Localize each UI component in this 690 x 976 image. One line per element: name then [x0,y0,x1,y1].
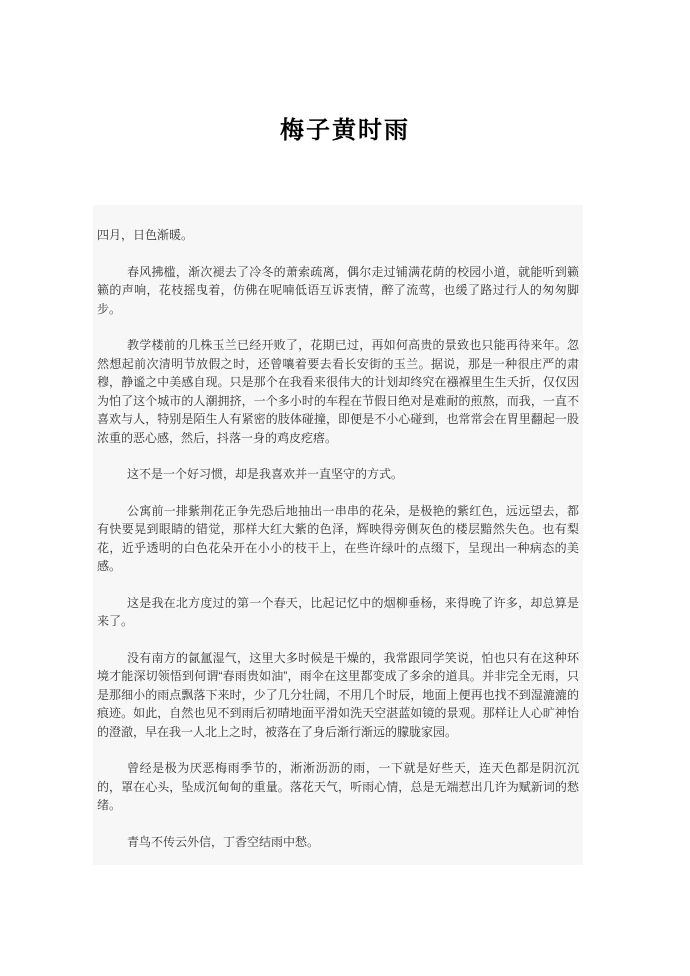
essay-paragraph: 四月，日色渐暖。 [97,226,579,245]
essay-paragraph: 这是我在北方度过的第一个春天，比起记忆中的烟柳垂杨，来得晚了许多，却总算是来了。 [97,594,579,631]
essay-paragraph: 公寓前一排紫荆花正争先恐后地抽出一串串的花朵，是极艳的紫红色，远远望去，都有快要… [97,502,579,576]
essay-paragraph: 曾经是极为厌恶梅雨季节的，淅淅沥沥的雨，一下就是好些天，连天色都是阴沉沉的，罩在… [97,759,579,815]
essay-paragraph: 春风拂槛，渐次褪去了冷冬的萧索疏离，偶尔走过铺满花荫的校园小道，就能听到籁籁的声… [97,263,579,319]
essay-paragraph: 青鸟不传云外信，丁香空结雨中愁。 [97,833,579,852]
essay-body: 四月，日色渐暖。春风拂槛，渐次褪去了冷冬的萧索疏离，偶尔走过铺满花荫的校园小道，… [93,205,583,865]
essay-paragraph: 教学楼前的几株玉兰已经开败了，花期已过，再如何高贵的景致也只能再待来年。忽然想起… [97,336,579,447]
document-page: 梅子黄时雨 四月，日色渐暖。春风拂槛，渐次褪去了冷冬的萧索疏离，偶尔走过铺满花荫… [0,0,690,145]
essay-paragraph: 没有南方的氤氲湿气，这里大多时候是干燥的，我常跟同学笑说，怕也只有在这种环境才能… [97,649,579,742]
essay-title: 梅子黄时雨 [0,0,690,145]
essay-paragraph: 这不是一个好习惯，却是我喜欢并一直坚守的方式。 [97,465,579,484]
